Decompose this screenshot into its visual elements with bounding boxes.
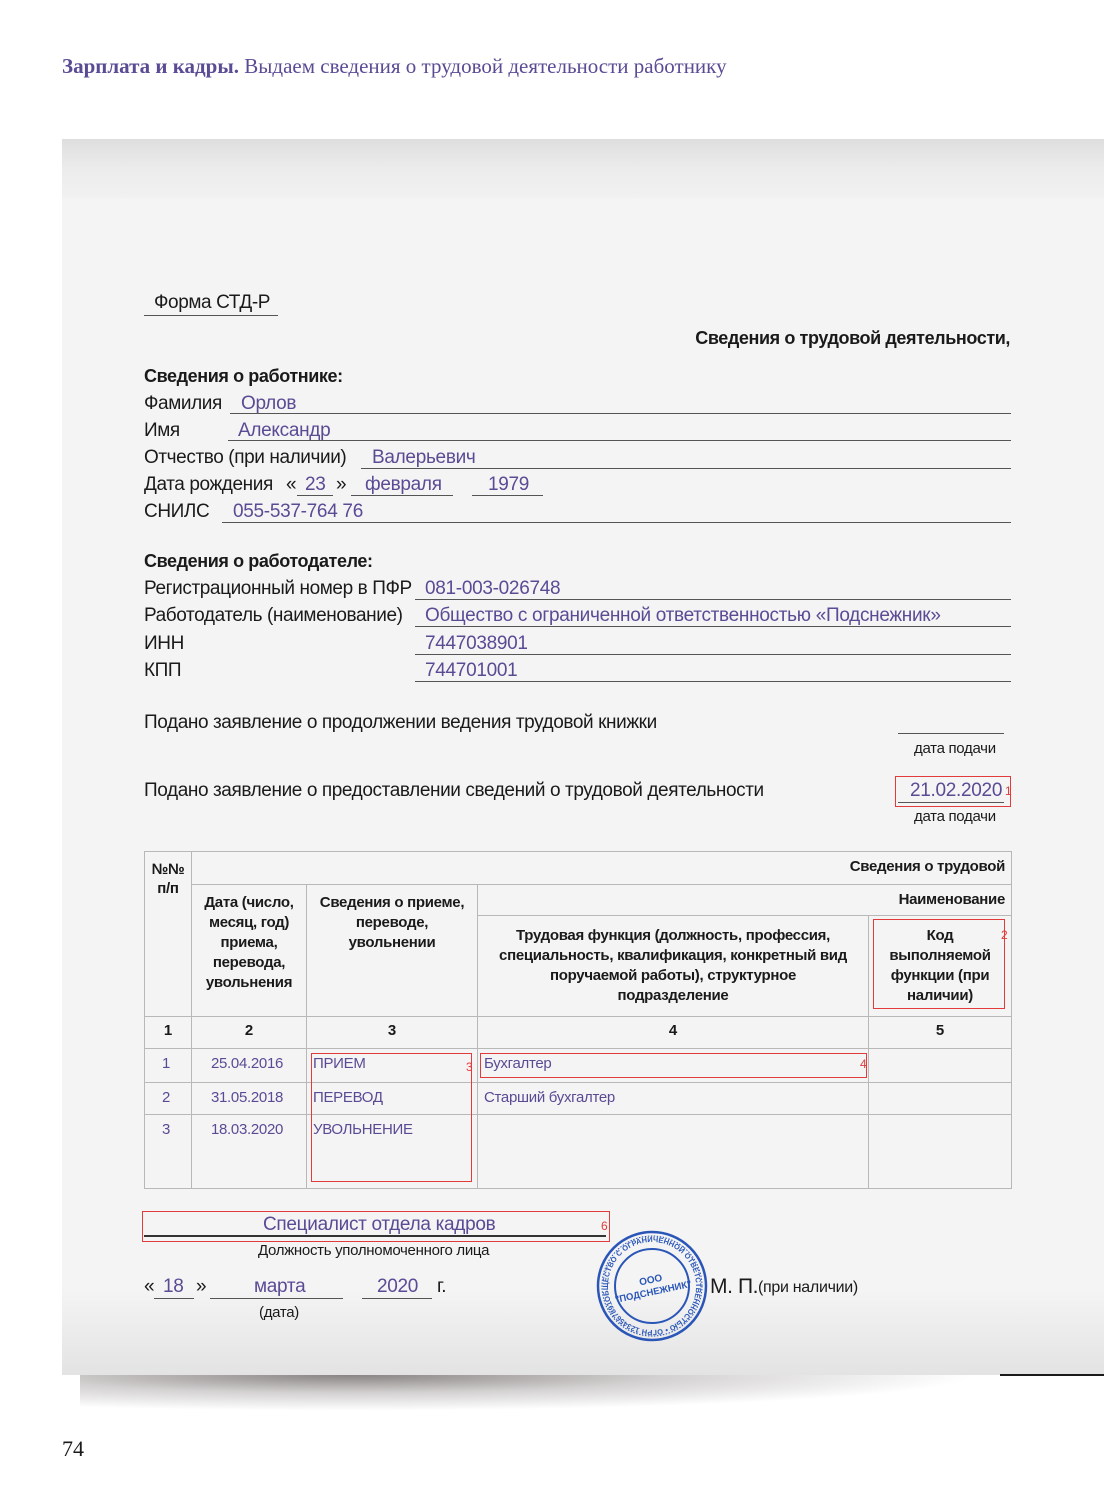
sign-day-underline [154,1298,194,1299]
annotation-box-6 [142,1211,610,1242]
row-code[interactable] [869,1115,1012,1189]
birth-quote-close: » [336,474,346,496]
row-function[interactable]: Старший бухгалтер [478,1083,869,1115]
birth-month-underline [351,495,453,496]
form-name-underline [144,315,278,316]
seal-note: (при наличии) [758,1279,858,1297]
snils-label: СНИЛС [144,501,209,523]
function-header: Трудовая функция (должность, профессия, … [478,916,869,1017]
group-header: Сведения о трудовой [192,852,1012,885]
employee-heading: Сведения о работнике: [144,366,343,387]
column-number: 2 [192,1017,307,1049]
annotation-box-1 [895,776,1011,807]
page-number: 74 [62,1436,84,1462]
document-title: Сведения о трудовой деятельности, [695,328,1010,349]
surname-underline [230,413,1011,414]
date-header: Дата (число, месяц, год) приема, перевод… [192,885,307,1017]
inn-field[interactable]: 7447038901 [425,633,528,655]
seal-label: М. П. [710,1275,758,1299]
employer-name-label: Работодатель (наименование) [144,605,403,627]
column-number: 5 [869,1017,1012,1049]
birth-month-field[interactable]: февраля [365,474,442,496]
birth-year-underline [472,495,543,496]
sheet-edge [1000,1374,1104,1376]
birth-day-underline [297,495,333,496]
employer-heading: Сведения о работодателе: [144,551,373,572]
inn-underline [415,654,1011,655]
annotation-marker-3: 3 [466,1060,473,1074]
name-underline [228,440,1011,441]
birth-year-field[interactable]: 1979 [488,474,529,496]
patronymic-underline [361,468,1011,469]
annotation-box-4 [480,1053,867,1078]
column-number: 3 [307,1017,478,1049]
kpp-label: КПП [144,660,181,682]
row-date[interactable]: 25.04.2016 [192,1049,307,1083]
inn-label: ИНН [144,633,184,655]
book-date-caption: дата подачи [914,740,996,757]
employer-name-field[interactable]: Общество с ограниченной ответственностью… [425,605,941,627]
employer-name-underline [415,626,1011,627]
row-num: 3 [145,1115,192,1189]
name-label: Имя [144,420,180,442]
row-code[interactable] [869,1083,1012,1115]
col-num-header: №№ п/п [145,852,192,1017]
name-field[interactable]: Александр [238,420,330,442]
annotation-marker-1: 1 [1005,784,1012,798]
sign-month-field[interactable]: марта [254,1276,305,1298]
sign-year-field[interactable]: 2020 [377,1276,418,1298]
event-header: Сведения о приеме, переводе, увольнении [307,885,478,1017]
pfr-underline [415,599,1011,600]
patronymic-field[interactable]: Валерьевич [372,447,476,469]
surname-label: Фамилия [144,393,222,415]
book-date-underline [898,733,1004,734]
section-name: Зарплата и кадры. [62,54,239,78]
name-group-header: Наименование [478,885,1012,916]
form-sheet [62,139,1104,1375]
info-date-caption: дата подачи [914,808,996,825]
column-number: 1 [145,1017,192,1049]
pfr-label: Регистрационный номер в ПФР [144,578,412,600]
sign-month-underline [210,1298,343,1299]
birth-day-field[interactable]: 23 [305,474,326,496]
annotation-box-2 [873,919,1005,1009]
snils-field[interactable]: 055-537-764 76 [233,501,363,523]
birth-quote-open: « [286,474,296,496]
position-caption: Должность уполномоченного лица [258,1242,489,1259]
book-application-label: Подано заявление о продолжении ведения т… [144,712,657,734]
form-name: Форма СТД-Р [154,292,270,314]
row-date[interactable]: 18.03.2020 [192,1115,307,1189]
year-suffix: г. [437,1276,446,1298]
page-title: Выдаем сведения о трудовой деятельности … [244,54,726,78]
snils-underline [222,522,1011,523]
annotation-box-3 [311,1053,472,1182]
patronymic-label: Отчество (при наличии) [144,447,346,469]
row-num: 1 [145,1049,192,1083]
row-function[interactable] [478,1115,869,1189]
annotation-marker-4: 4 [860,1057,867,1071]
annotation-marker-2: 2 [1001,928,1008,942]
info-application-label: Подано заявление о предоставлении сведен… [144,780,764,802]
table-row: 3 18.03.2020 УВОЛЬНЕНИЕ [145,1115,1012,1189]
sheet-shadow [80,1375,980,1411]
kpp-underline [415,681,1011,682]
row-date[interactable]: 31.05.2018 [192,1083,307,1115]
page-header: Зарплата и кадры. Выдаем сведения о труд… [62,54,727,79]
birth-date-label: Дата рождения [144,474,273,496]
sign-quote-close: » [196,1276,206,1298]
sign-quote-open: « [144,1276,154,1298]
pfr-field[interactable]: 081-003-026748 [425,578,560,600]
sign-year-underline [362,1298,432,1299]
table-row: 2 31.05.2018 ПЕРЕВОД Старший бухгалтер [145,1083,1012,1115]
row-code[interactable] [869,1049,1012,1083]
row-num: 2 [145,1083,192,1115]
sign-day-field[interactable]: 18 [163,1276,184,1298]
date-caption: (дата) [259,1304,299,1321]
column-number: 4 [478,1017,869,1049]
surname-field[interactable]: Орлов [241,393,296,415]
company-seal-icon: ОБЩЕСТВО С ОГРАНИЧЕННОЙ ОТВЕТСТВЕННОСТЬЮ… [596,1230,708,1342]
employment-table: №№ п/п Сведения о трудовой Дата (число, … [144,851,1012,1189]
kpp-field[interactable]: 744701001 [425,660,517,682]
